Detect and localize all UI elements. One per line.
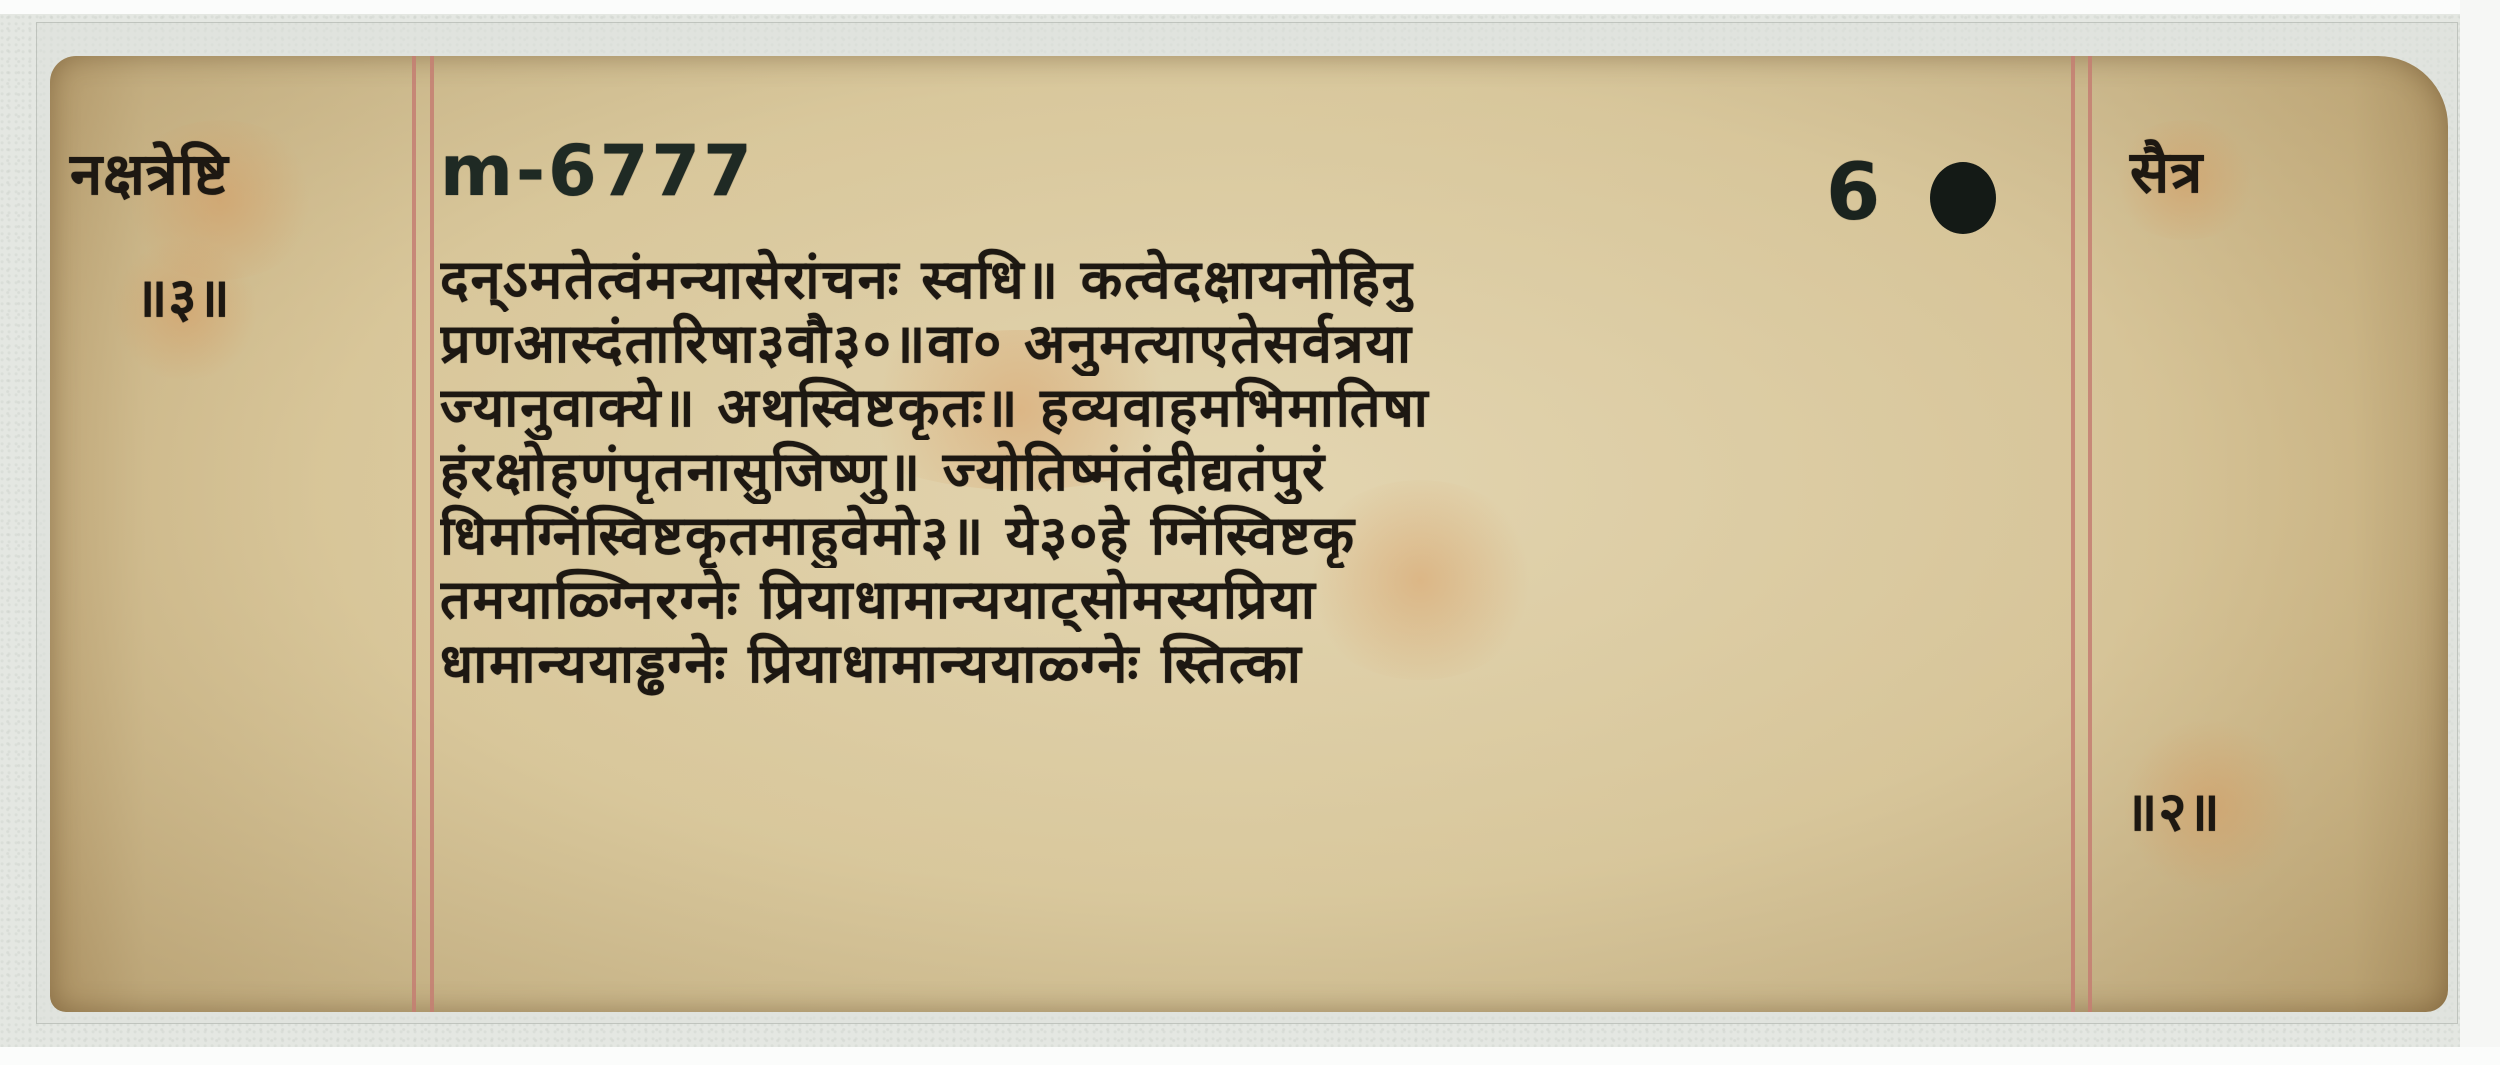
left-folio-number: ॥३॥ — [135, 258, 231, 332]
right-margin-rule-inner — [2088, 56, 2092, 1012]
text-line: धामान्ययाड्ढग्नेः प्रियाधामान्ययाळ्ग्नेः… — [440, 632, 2080, 696]
text-line: हंरक्षोहणंपृतनासुजिष्णु॥ ज्योतिष्मंतंदीद… — [440, 440, 2080, 504]
text-line: दन्ऽमतेत्वंमन्यासेरांचनः स्वधि॥ कत्वेदक्… — [440, 248, 2080, 312]
catalog-number: m-6777 — [440, 130, 755, 212]
ink-dot-icon — [1930, 162, 1996, 234]
mount-bottom-edge — [0, 1047, 2500, 1065]
text-line: तमयाळ्ग्निरग्नेः प्रियाधामान्ययाट्सोमस्य… — [440, 568, 2080, 632]
text-line: धिमग्निंस्विष्टकृतमाहुवेमो३॥ ये३०हे ग्नि… — [440, 504, 2080, 568]
page-number: 6 — [1826, 148, 1881, 238]
manuscript-body: दन्ऽमतेत्वंमन्यासेरांचनः स्वधि॥ कत्वेदक्… — [440, 248, 2080, 696]
mount-right-edge — [2460, 0, 2500, 1065]
left-margin-rule-inner — [430, 56, 434, 1012]
right-margin-title: सैत्र — [2130, 130, 2203, 209]
text-line: प्रणआस्दंतारिषा३वौ३०॥वा० अनुमत्याएतेसर्व… — [440, 312, 2080, 376]
mount-top-edge — [0, 0, 2500, 14]
left-margin-rule-outer — [412, 56, 416, 1012]
right-folio-number: ॥२॥ — [2125, 772, 2221, 846]
left-margin-title: नक्षत्रेष्टि — [70, 132, 229, 211]
text-line: ज्यानुवाक्ये॥ अथस्विष्टकृतः॥ हव्यवाहमभिम… — [440, 376, 2080, 440]
